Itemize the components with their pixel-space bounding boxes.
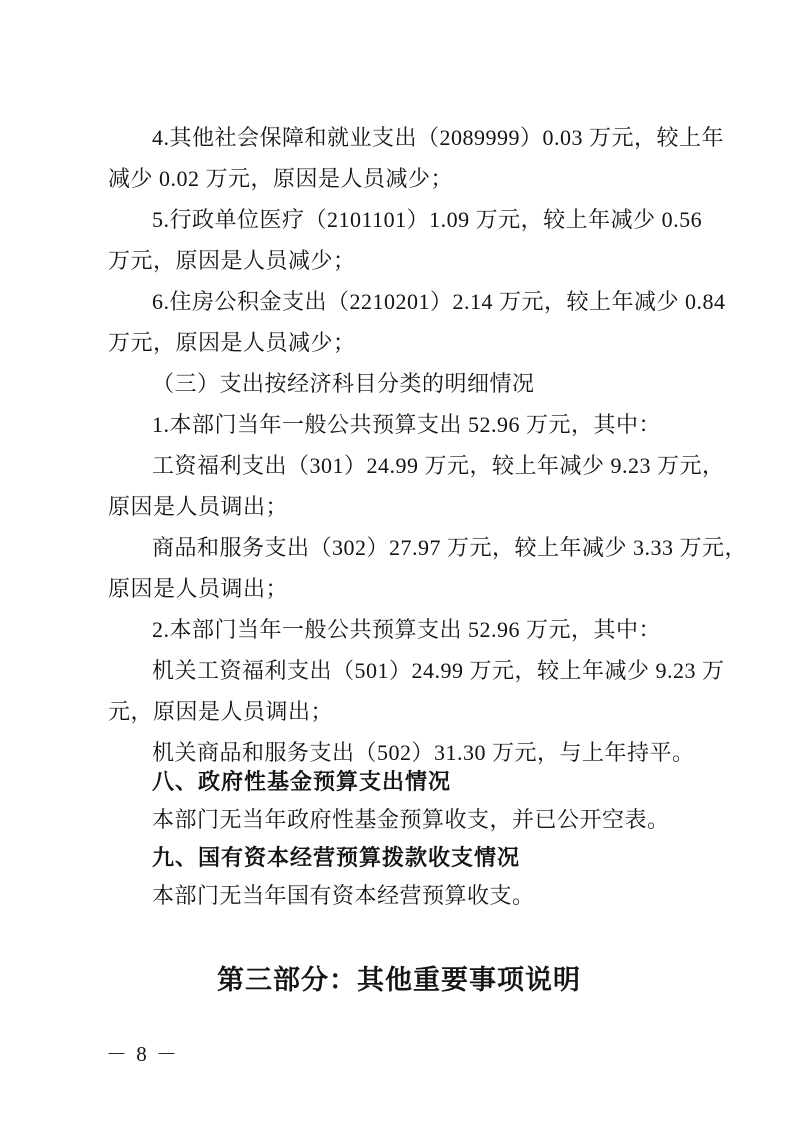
body-line-housing-fund: 6.住房公积金支出（2210201）2.14 万元，较上年减少 0.84 [108, 281, 690, 322]
body-line-agency-salary-501: 机关工资福利支出（501）24.99 万元，较上年减少 9.23 万 [108, 650, 690, 691]
body-line-budget-total-1: 1.本部门当年一般公共预算支出 52.96 万元，其中： [108, 404, 690, 445]
body-line-other-social-security: 4.其他社会保障和就业支出（2089999）0.03 万元，较上年 [108, 117, 690, 158]
body-line-goods-services-302: 商品和服务支出（302）27.97 万元，较上年减少 3.33 万元， [108, 527, 690, 568]
body-line-salary-welfare-301-cont: 原因是人员调出； [108, 486, 690, 527]
body-line-housing-fund-cont: 万元，原因是人员减少； [108, 322, 690, 363]
fund-budget-sections: 八、政府性基金预算支出情况 本部门无当年政府性基金预算收支，并已公开空表。 九、… [108, 763, 690, 915]
body-line-government-fund: 本部门无当年政府性基金预算收支，并已公开空表。 [108, 801, 690, 839]
body-line-other-social-security-cont: 减少 0.02 万元，原因是人员减少； [108, 158, 690, 199]
subheading-economic-classification: （三）支出按经济科目分类的明细情况 [108, 363, 690, 404]
body-line-state-capital: 本部门无当年国有资本经营预算收支。 [108, 877, 690, 915]
section-heading-state-capital: 九、国有资本经营预算拨款收支情况 [108, 839, 690, 877]
page-number: － 8 － [106, 1038, 179, 1068]
body-line-agency-salary-501-cont: 元，原因是人员调出； [108, 691, 690, 732]
document-page: 4.其他社会保障和就业支出（2089999）0.03 万元，较上年 减少 0.0… [0, 0, 793, 1122]
document-content: 4.其他社会保障和就业支出（2089999）0.03 万元，较上年 减少 0.0… [108, 117, 690, 1001]
body-line-admin-medical: 5.行政单位医疗（2101101）1.09 万元，较上年减少 0.56 [108, 199, 690, 240]
body-line-goods-services-302-cont: 原因是人员调出； [108, 568, 690, 609]
body-line-salary-welfare-301: 工资福利支出（301）24.99 万元，较上年减少 9.23 万元， [108, 445, 690, 486]
body-line-admin-medical-cont: 万元，原因是人员减少； [108, 240, 690, 281]
body-line-budget-total-2: 2.本部门当年一般公共预算支出 52.96 万元，其中： [108, 609, 690, 650]
part-three-title: 第三部分：其他重要事项说明 [108, 959, 690, 1001]
